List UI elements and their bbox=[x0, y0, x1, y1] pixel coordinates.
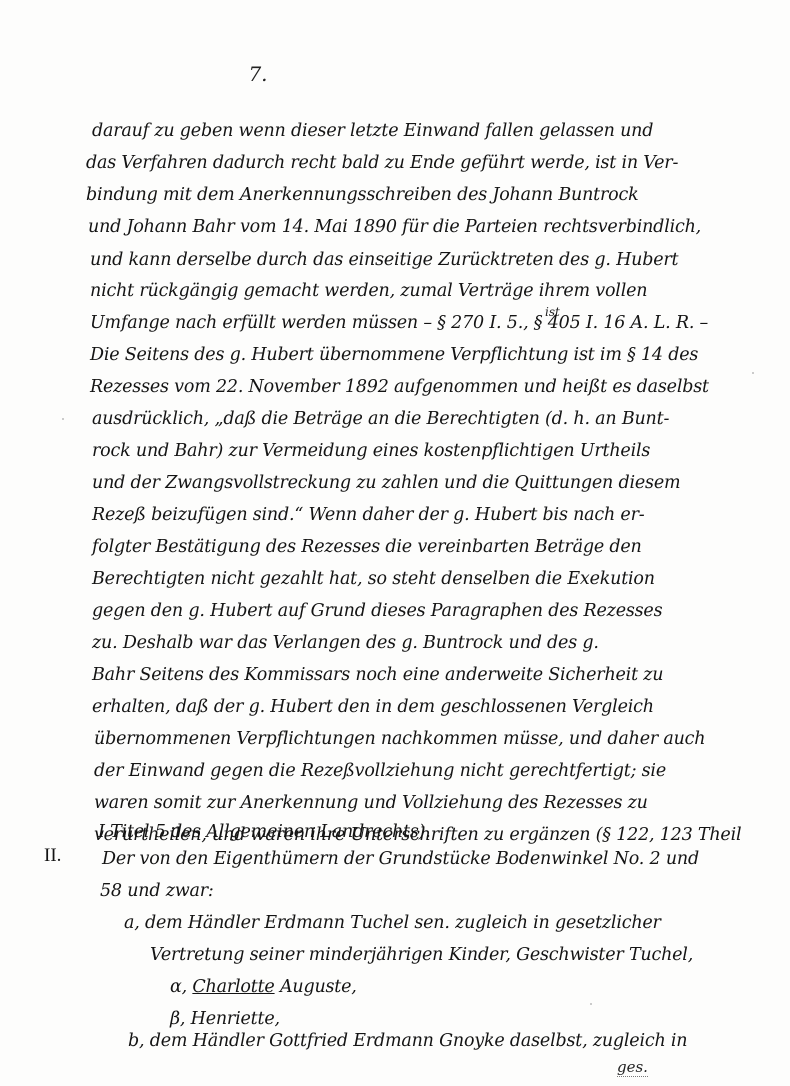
text-line: waren somit zur Anerkennung und Vollzieh… bbox=[94, 793, 648, 813]
text-line: rock und Bahr) zur Vermeidung eines kost… bbox=[92, 441, 650, 461]
text-line: erhalten, daß der g. Hubert den in dem g… bbox=[92, 697, 654, 717]
paper-speck bbox=[752, 372, 754, 374]
list-item-beta: β, Henriette, bbox=[170, 1009, 280, 1029]
text-line: Die Seitens des g. Hubert übernommene Ve… bbox=[90, 345, 698, 365]
text-line: Berechtigten nicht gezahlt hat, so steht… bbox=[92, 569, 655, 589]
section-numeral: II. bbox=[44, 845, 61, 867]
interlinear-insertion: ist bbox=[545, 305, 560, 319]
paper-speck bbox=[590, 1003, 592, 1005]
list-item-alpha: α, Charlotte Auguste, bbox=[170, 977, 357, 997]
handwritten-document-page: 7. darauf zu geben wenn dieser letzte Ei… bbox=[0, 0, 790, 1086]
page-number: 7. bbox=[238, 62, 278, 86]
item-prefix: α, bbox=[170, 977, 187, 997]
text-line: gegen den g. Hubert auf Grund dieses Par… bbox=[92, 601, 662, 621]
text-line: Rezesses vom 22. November 1892 aufgenomm… bbox=[90, 377, 709, 397]
text-line: ausdrücklich, „daß die Beträge an die Be… bbox=[92, 409, 669, 429]
catchword: ges. bbox=[617, 1058, 648, 1077]
section-line: Der von den Eigenthümern der Grundstücke… bbox=[102, 849, 699, 869]
text-line: übernommenen Verpflichtungen nachkommen … bbox=[94, 729, 705, 749]
text-line: darauf zu geben wenn dieser letzte Einwa… bbox=[92, 121, 653, 141]
list-item-a: a, dem Händler Erdmann Tuchel sen. zugle… bbox=[124, 913, 661, 933]
name-rest: Auguste, bbox=[275, 977, 357, 997]
text-line: folgter Bestätigung des Rezesses die ver… bbox=[92, 537, 642, 557]
section-line: 58 und zwar: bbox=[100, 881, 214, 901]
paper-speck bbox=[62, 418, 64, 420]
text-line: der Einwand gegen die Rezeßvollziehung n… bbox=[94, 761, 666, 781]
underlined-name: Charlotte bbox=[192, 977, 274, 997]
list-item-b: b, dem Händler Gottfried Erdmann Gnoyke … bbox=[128, 1031, 687, 1051]
text-line: und kann derselbe durch das einseitige Z… bbox=[90, 250, 678, 270]
list-item-a-continuation: Vertretung seiner minderjährigen Kinder,… bbox=[150, 945, 693, 965]
text-line: zu. Deshalb war das Verlangen des g. Bun… bbox=[92, 633, 599, 653]
text-line: das Verfahren dadurch recht bald zu Ende… bbox=[86, 153, 678, 173]
text-line: bindung mit dem Anerkennungsschreiben de… bbox=[86, 185, 639, 205]
text-line: Rezeß beizufügen sind.“ Wenn daher der g… bbox=[92, 505, 644, 525]
text-line: Bahr Seitens des Kommissars noch eine an… bbox=[92, 665, 663, 685]
text-line: Umfange nach erfüllt werden müssen – § 2… bbox=[90, 313, 708, 333]
text-line: I Titel 5 des Allgemeinen Landrechts). bbox=[98, 822, 431, 842]
text-line: und der Zwangsvollstreckung zu zahlen un… bbox=[92, 473, 680, 493]
text-line: nicht rückgängig gemacht werden, zumal V… bbox=[90, 281, 647, 301]
text-line: und Johann Bahr vom 14. Mai 1890 für die… bbox=[88, 217, 701, 237]
